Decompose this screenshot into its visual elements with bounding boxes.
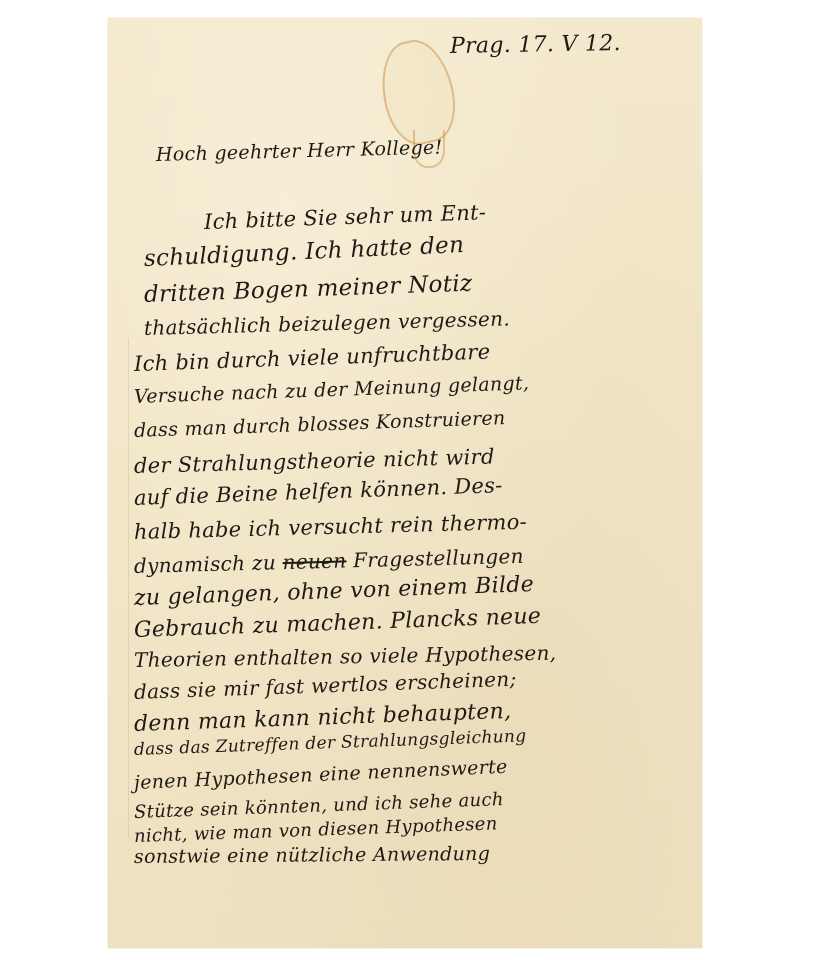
letter-line: auf die Beine helfen können. Des- (134, 473, 503, 510)
salutation: Hoch geehrter Herr Kollege! (156, 137, 443, 166)
letter-line: halb habe ich versucht rein thermo- (134, 510, 528, 544)
letter-line: der Strahlungstheorie nicht wird (134, 445, 495, 478)
dateline: Prag. 17. V 12. (450, 31, 621, 59)
letter-line-text: dynamisch zu (134, 550, 277, 578)
letter-line-text: Fragestellungen (353, 544, 524, 572)
letter-line: schuldigung. Ich hatte den (143, 232, 464, 272)
paper-crease (128, 338, 129, 838)
letter-line: dass sie mir fast wertlos erscheinen; (134, 667, 517, 704)
letter-line: Versuche nach zu der Meinung gelangt, (134, 372, 530, 408)
struck-word: neuen (282, 548, 346, 574)
letter-line: Ich bitte Sie sehr um Ent- (204, 200, 487, 234)
letter-line: dynamisch zu neuen Fragestellungen (134, 544, 524, 578)
letter-line: Gebrauch zu machen. Plancks neue (134, 604, 542, 643)
letter-line: thatsächlich beizulegen vergessen. (144, 306, 511, 340)
letter-line: dass man durch blosses Konstruieren (134, 407, 506, 442)
letter-line: Ich bin durch viele unfruchtbare (134, 340, 491, 376)
letter-line: dritten Bogen meiner Notiz (144, 271, 473, 308)
letter-page: Prag. 17. V 12. Hoch geehrter Herr Kolle… (108, 18, 702, 948)
letter-line: sonstwie eine nützliche Anwendung (134, 843, 490, 868)
letter-line: jenen Hypothesen eine nennenswerte (134, 756, 508, 794)
